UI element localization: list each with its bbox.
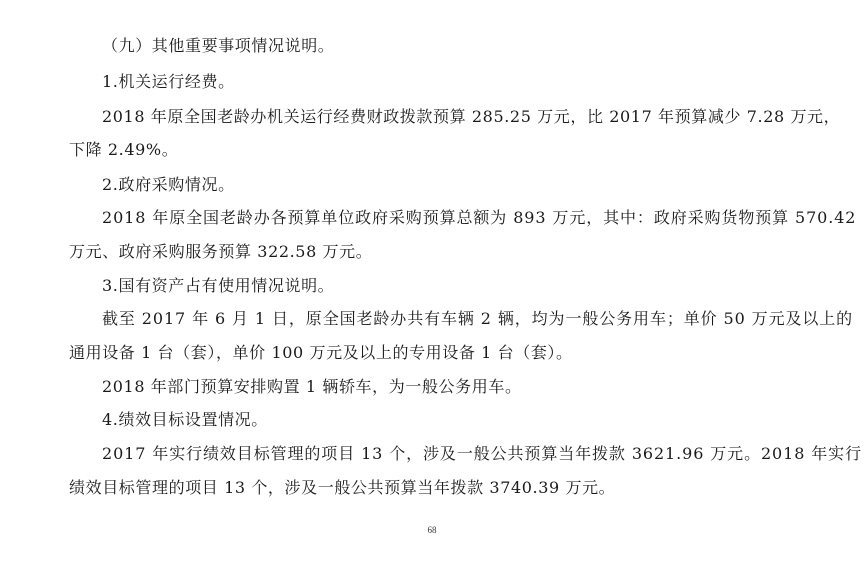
subheading-performance-targets: 4.绩效目标设置情况。	[102, 410, 268, 430]
paragraph-vehicle-purchase: 2018 年部门预算安排购置 1 辆轿车，为一般公务用车。	[102, 377, 522, 397]
section-heading: （九）其他重要事项情况说明。	[102, 36, 334, 56]
paragraph-performance-targets: 2017 年实行绩效目标管理的项目 13 个，涉及一般公共预算当年拨款 3621…	[102, 444, 862, 464]
subheading-procurement: 2.政府采购情况。	[102, 175, 235, 195]
document-page: （九）其他重要事项情况说明。 1.机关运行经费。 2018 年原全国老龄办机关运…	[0, 0, 864, 584]
paragraph-performance-targets-cont: 绩效目标管理的项目 13 个，涉及一般公共预算当年拨款 3740.39 万元。	[69, 478, 615, 498]
paragraph-procurement-cont: 万元、政府采购服务预算 322.58 万元。	[69, 242, 372, 262]
subheading-state-assets: 3.国有资产占有使用情况说明。	[102, 276, 334, 296]
subheading-operating-expenses: 1.机关运行经费。	[102, 72, 235, 92]
paragraph-procurement: 2018 年原全国老龄办各预算单位政府采购预算总额为 893 万元，其中：政府采…	[102, 208, 856, 228]
paragraph-operating-expenses-cont: 下降 2.49%。	[69, 140, 178, 160]
paragraph-state-assets-cont: 通用设备 1 台（套），单价 100 万元及以上的专用设备 1 台（套）。	[69, 343, 573, 363]
paragraph-state-assets: 截至 2017 年 6 月 1 日，原全国老龄办共有车辆 2 辆，均为一般公务用…	[102, 309, 853, 329]
page-number: 68	[0, 525, 864, 535]
paragraph-operating-expenses: 2018 年原全国老龄办机关运行经费财政拨款预算 285.25 万元，比 201…	[102, 107, 840, 127]
